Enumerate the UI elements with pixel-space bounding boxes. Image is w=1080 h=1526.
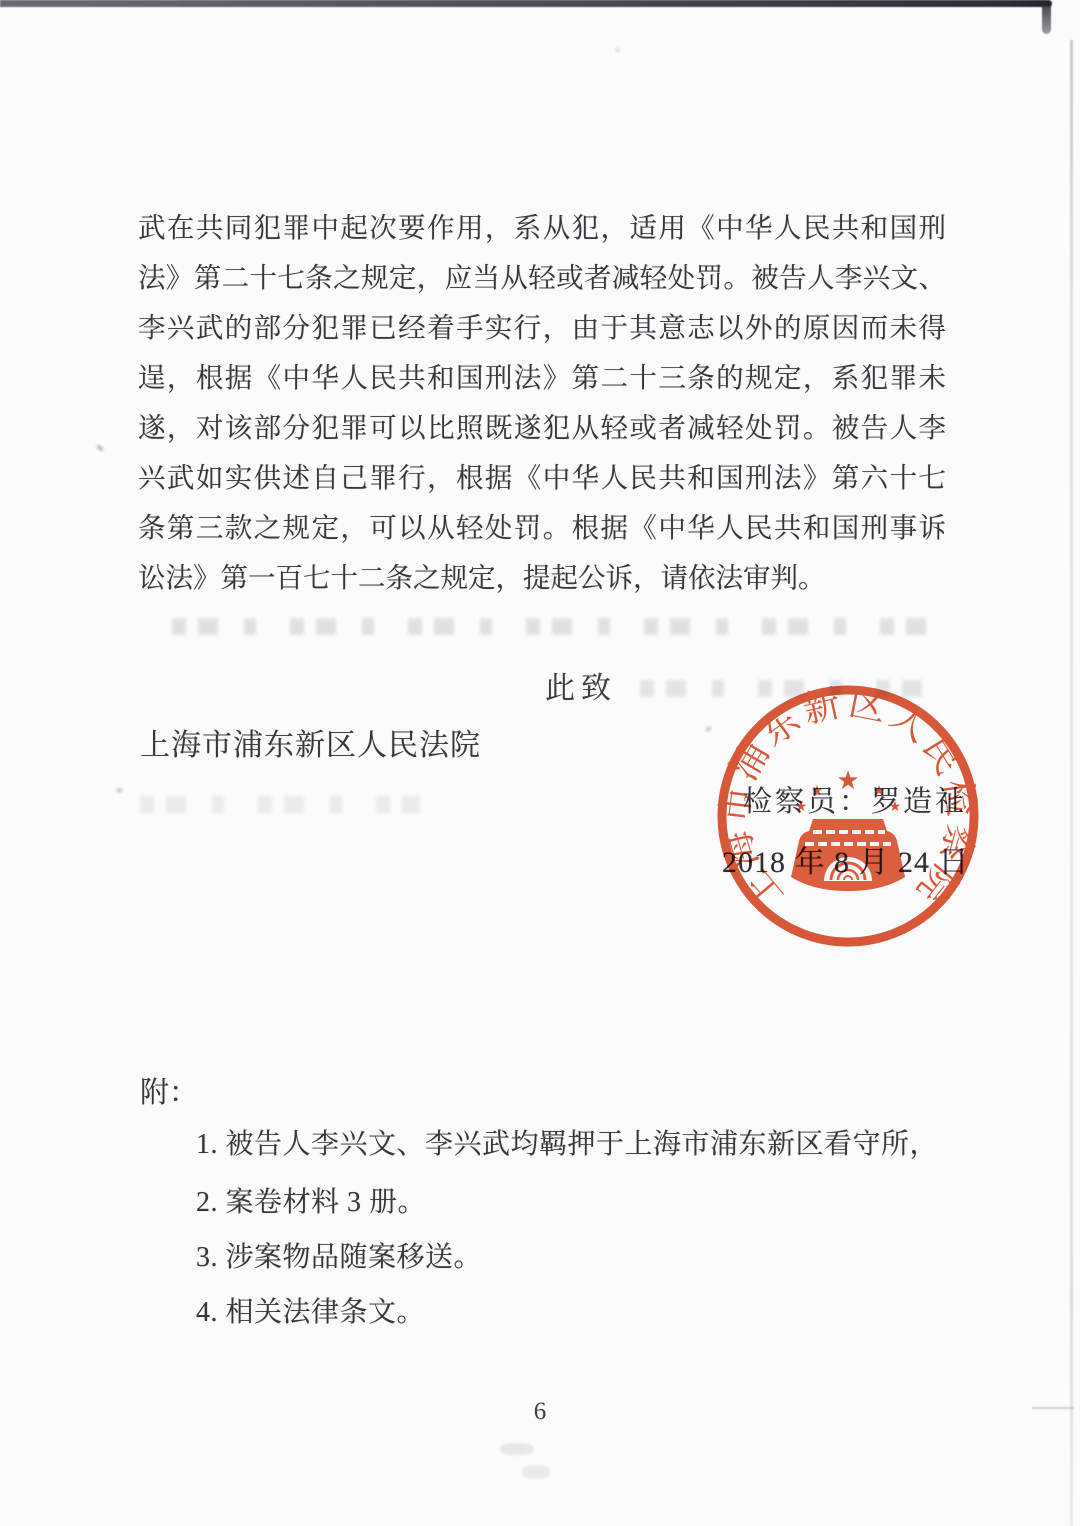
attachment-item: 3. 涉案物品随案移送。: [196, 1235, 482, 1275]
body-line: 武在共同犯罪中起次要作用，系从犯，适用《中华人民共和国刑: [138, 203, 946, 253]
bleed-through-artifact: [140, 796, 420, 813]
addressee-court: 上海市浦东新区人民法院: [140, 720, 481, 764]
attachments-heading: 附：: [140, 1070, 198, 1111]
body-line: 逞，根据《中华人民共和国刑法》第二十三条的规定，系犯罪未: [138, 353, 946, 403]
bleed-through-artifact: [172, 618, 940, 635]
scan-speck: [615, 48, 620, 52]
star-icon: ★: [836, 766, 859, 796]
official-seal: 上海市浦东新区人民检察院 ★ ★ ★ ★ ★: [711, 679, 985, 953]
body-line: 遂，对该部分犯罪可以比照既遂犯从轻或者减轻处罚。被告人李: [138, 403, 946, 453]
emblem-base-band: [815, 882, 881, 887]
star-icon: ★: [795, 799, 808, 815]
salutation-cizhi: 此致: [545, 663, 617, 707]
body-line: 讼法》第一百七十二条之规定，提起公诉，请依法审判。: [138, 553, 946, 603]
scan-corner-artifact: [1042, 4, 1051, 34]
star-icon: ★: [889, 799, 902, 815]
star-icon: ★: [811, 783, 824, 799]
body-line: 兴武如实供述自己罪行，根据《中华人民共和国刑法》第六十七: [138, 453, 946, 503]
document-page: 武在共同犯罪中起次要作用，系从犯，适用《中华人民共和国刑 法》第二十七条之规定，…: [0, 0, 1080, 1526]
scan-smudge: [522, 1465, 550, 1479]
attachment-item: 4. 相关法律条文。: [196, 1290, 425, 1330]
scan-right-edge-line: [1070, 40, 1073, 1526]
national-emblem: ★ ★ ★ ★ ★: [791, 766, 905, 891]
body-line: 条第三款之规定，可以从轻处罚。根据《中华人民共和国刑事诉: [138, 503, 946, 553]
star-icon: ★: [873, 783, 886, 799]
attachment-item: 1. 被告人李兴文、李兴武均羁押于上海市浦东新区看守所，: [196, 1122, 938, 1162]
attachment-item: 2. 案卷材料 3 册。: [196, 1180, 426, 1220]
body-line: 李兴武的部分犯罪已经着手实行，由于其意志以外的原因而未得: [138, 303, 946, 353]
scan-top-edge-line: [0, 0, 1052, 7]
scan-smudge: [500, 1443, 534, 1455]
body-line: 法》第二十七条之规定，应当从轻或者减轻处罚。被告人李兴文、: [138, 253, 946, 303]
scan-speck: [116, 788, 123, 793]
scan-speck: [96, 444, 105, 452]
page-number: 6: [0, 1398, 1080, 1426]
body-paragraph: 武在共同犯罪中起次要作用，系从犯，适用《中华人民共和国刑 法》第二十七条之规定，…: [138, 203, 946, 603]
